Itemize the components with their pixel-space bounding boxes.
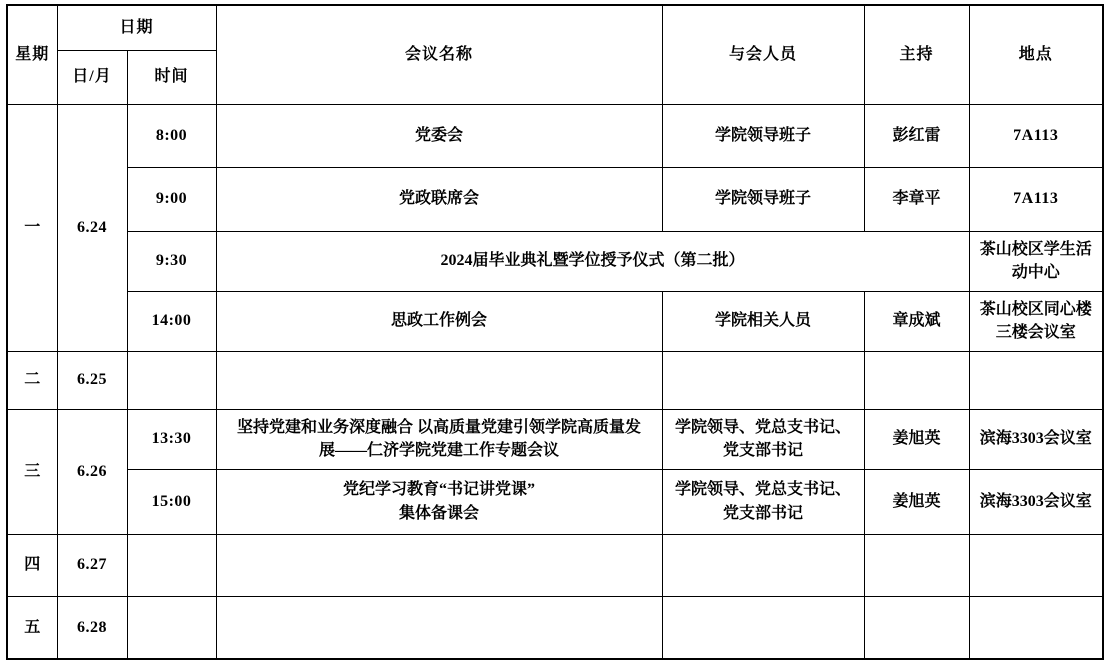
cell-time: 9:00 [127,167,216,231]
header-attendees: 与会人员 [662,5,864,104]
cell-time-empty [127,596,216,659]
cell-meeting-name-merged: 2024届毕业典礼暨学位授予仪式（第二批） [216,231,969,291]
cell-thursday-date: 6.27 [57,534,127,596]
cell-location-empty [969,351,1103,409]
cell-wednesday-date: 6.26 [57,409,127,534]
row-tuesday-empty: 二 6.25 [7,351,1103,409]
cell-time-empty [127,351,216,409]
header-date-group: 日期 [57,5,216,50]
header-row-1: 星期 日期 会议名称 与会人员 主持 地点 [7,5,1103,50]
header-time: 时间 [127,50,216,104]
cell-meeting-name-empty [216,534,662,596]
cell-time: 9:30 [127,231,216,291]
cell-host: 姜旭英 [864,469,969,534]
header-week: 星期 [7,5,57,104]
cell-host: 姜旭英 [864,409,969,469]
cell-location-empty [969,534,1103,596]
cell-attendees-empty [662,351,864,409]
row-friday-empty: 五 6.28 [7,596,1103,659]
cell-time: 13:30 [127,409,216,469]
cell-meeting-name-empty [216,351,662,409]
cell-tuesday-weekday: 二 [7,351,57,409]
cell-wednesday-weekday: 三 [7,409,57,534]
cell-host-empty [864,596,969,659]
cell-time: 8:00 [127,104,216,167]
cell-attendees-empty [662,534,864,596]
row-monday-meeting-1: 一 6.24 8:00 党委会 学院领导班子 彭红雷 7A113 [7,104,1103,167]
row-wednesday-meeting-1: 三 6.26 13:30 坚持党建和业务深度融合 以高质量党建引领学院高质量发 … [7,409,1103,469]
header-location: 地点 [969,5,1103,104]
cell-meeting-name-empty [216,596,662,659]
cell-host-empty [864,534,969,596]
cell-meeting-name: 党政联席会 [216,167,662,231]
cell-host: 李章平 [864,167,969,231]
cell-meeting-name: 坚持党建和业务深度融合 以高质量党建引领学院高质量发 展——仁济学院党建工作专题… [216,409,662,469]
cell-monday-date: 6.24 [57,104,127,351]
cell-monday-weekday: 一 [7,104,57,351]
cell-friday-weekday: 五 [7,596,57,659]
cell-attendees: 学院领导班子 [662,167,864,231]
weekly-meeting-schedule-table: 星期 日期 会议名称 与会人员 主持 地点 日/月 时间 一 6.24 8:00… [6,4,1104,660]
header-day-month: 日/月 [57,50,127,104]
cell-location: 茶山校区同心楼三楼会议室 [969,291,1103,351]
cell-host-empty [864,351,969,409]
row-monday-meeting-2: 9:00 党政联席会 学院领导班子 李章平 7A113 [7,167,1103,231]
cell-attendees: 学院领导班子 [662,104,864,167]
cell-location: 滨海3303会议室 [969,409,1103,469]
cell-meeting-name: 党委会 [216,104,662,167]
cell-friday-date: 6.28 [57,596,127,659]
cell-location: 茶山校区学生活动中心 [969,231,1103,291]
cell-attendees-empty [662,596,864,659]
cell-tuesday-date: 6.25 [57,351,127,409]
cell-attendees: 学院领导、党总支书记、 党支部书记 [662,469,864,534]
cell-attendees: 学院相关人员 [662,291,864,351]
row-thursday-empty: 四 6.27 [7,534,1103,596]
cell-time: 14:00 [127,291,216,351]
row-wednesday-meeting-2: 15:00 党纪学习教育“书记讲党课” 集体备课会 学院领导、党总支书记、 党支… [7,469,1103,534]
row-monday-meeting-3: 9:30 2024届毕业典礼暨学位授予仪式（第二批） 茶山校区学生活动中心 [7,231,1103,291]
cell-location: 7A113 [969,104,1103,167]
cell-host: 彭红雷 [864,104,969,167]
weekly-meeting-schedule-page: 星期 日期 会议名称 与会人员 主持 地点 日/月 时间 一 6.24 8:00… [0,0,1108,662]
cell-host: 章成斌 [864,291,969,351]
cell-time-empty [127,534,216,596]
cell-thursday-weekday: 四 [7,534,57,596]
cell-location: 滨海3303会议室 [969,469,1103,534]
cell-meeting-name: 党纪学习教育“书记讲党课” 集体备课会 [216,469,662,534]
cell-location: 7A113 [969,167,1103,231]
cell-meeting-name: 思政工作例会 [216,291,662,351]
header-meeting-name: 会议名称 [216,5,662,104]
row-monday-meeting-4: 14:00 思政工作例会 学院相关人员 章成斌 茶山校区同心楼三楼会议室 [7,291,1103,351]
cell-time: 15:00 [127,469,216,534]
cell-attendees: 学院领导、党总支书记、 党支部书记 [662,409,864,469]
cell-location-empty [969,596,1103,659]
header-host: 主持 [864,5,969,104]
